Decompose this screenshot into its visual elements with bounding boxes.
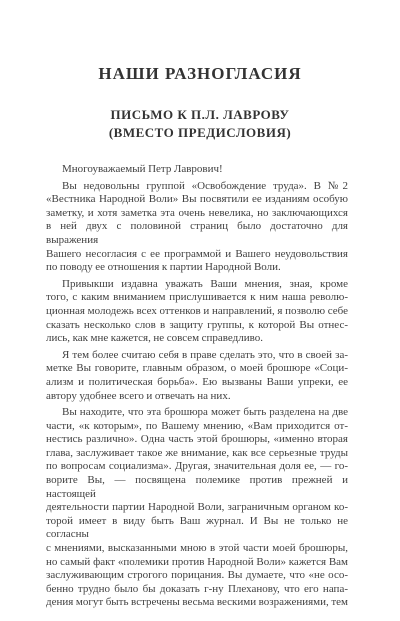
text-line: Вашего несогласия с ее программой и Ваше… xyxy=(46,248,348,262)
paragraph: Вы находите, что эта брошюра может быть … xyxy=(46,406,348,610)
text-line: заслуживающим строгого порицания. Вы дум… xyxy=(46,569,348,583)
paragraph: Вы недовольны группой «Освобождение труд… xyxy=(46,180,348,275)
text-line: Вы находите, что эта брошюра может быть … xyxy=(46,406,348,420)
text-line: ционная молодежь всех оттенков и направл… xyxy=(46,305,348,319)
text-line: дения могут быть встречены весьма веским… xyxy=(46,596,348,610)
book-page: НАШИ РАЗНОГЛАСИЯ ПИСЬМО К П.Л. ЛАВРОВУ (… xyxy=(0,0,400,621)
text-line: ворите Вы, — посвящена полемике против п… xyxy=(46,474,348,501)
text-line: нестись различно». Одна часть этой брошю… xyxy=(46,433,348,447)
text-line: по вопросам социализма». Другая, значите… xyxy=(46,460,348,474)
chapter-subtitle: ПИСЬМО К П.Л. ЛАВРОВУ (ВМЕСТО ПРЕДИСЛОВИ… xyxy=(0,106,400,142)
text-line: сказать несколько слов в защиту группы, … xyxy=(46,319,348,333)
text-line: Вы недовольны группой «Освобождение труд… xyxy=(46,180,348,194)
text-line: заметку, и хотя заметка эта очень невели… xyxy=(46,207,348,221)
text-line: торой имеет в виду быть Ваш журнал. И Вы… xyxy=(46,515,348,542)
paragraph: Я тем более считаю себя в праве сделать … xyxy=(46,349,348,403)
subtitle-line-1: ПИСЬМО К П.Л. ЛАВРОВУ xyxy=(0,106,400,124)
text-line: глава, заслуживает такое же внимание, ка… xyxy=(46,447,348,461)
paragraph: Привыкши издавна уважать Ваши мнения, зн… xyxy=(46,278,348,346)
text-line: деятельности партии Народной Воли, загра… xyxy=(46,501,348,515)
text-line: с мнениями, высказанными мною в этой час… xyxy=(46,542,348,556)
text-line: Многоуважаемый Петр Лаврович! xyxy=(46,163,348,177)
text-line: по поводу ее отношения к партии Народной… xyxy=(46,261,348,275)
text-line: Привыкши издавна уважать Ваши мнения, зн… xyxy=(46,278,348,292)
text-line: Я тем более считаю себя в праве сделать … xyxy=(46,349,348,363)
text-line: метке Вы говорите, главным образом, о мо… xyxy=(46,362,348,376)
text-line: автору удобнее всего и отвечать на них. xyxy=(46,390,348,404)
text-line: части, «к которым», по Вашему мнению, «В… xyxy=(46,420,348,434)
subtitle-line-2: (ВМЕСТО ПРЕДИСЛОВИЯ) xyxy=(0,124,400,142)
text-line: но самый факт «полемики против Народной … xyxy=(46,556,348,570)
text-line: ализм и политическая борьба». Ею вызваны… xyxy=(46,376,348,390)
text-line: того, с каким вниманием прислушивается к… xyxy=(46,291,348,305)
paragraph: Многоуважаемый Петр Лаврович! xyxy=(46,163,348,177)
chapter-title: НАШИ РАЗНОГЛАСИЯ xyxy=(0,0,400,84)
text-line: «Вестника Народной Воли» Вы посвятили ее… xyxy=(46,193,348,207)
body-text: Многоуважаемый Петр Лаврович!Вы недоволь… xyxy=(0,163,400,610)
text-line: лись, как мне кажется, не совсем справед… xyxy=(46,332,348,346)
text-line: бенно трудно было бы доказать г-ну Плеха… xyxy=(46,583,348,597)
text-line: в ней двух с половиной страниц было дост… xyxy=(46,220,348,247)
